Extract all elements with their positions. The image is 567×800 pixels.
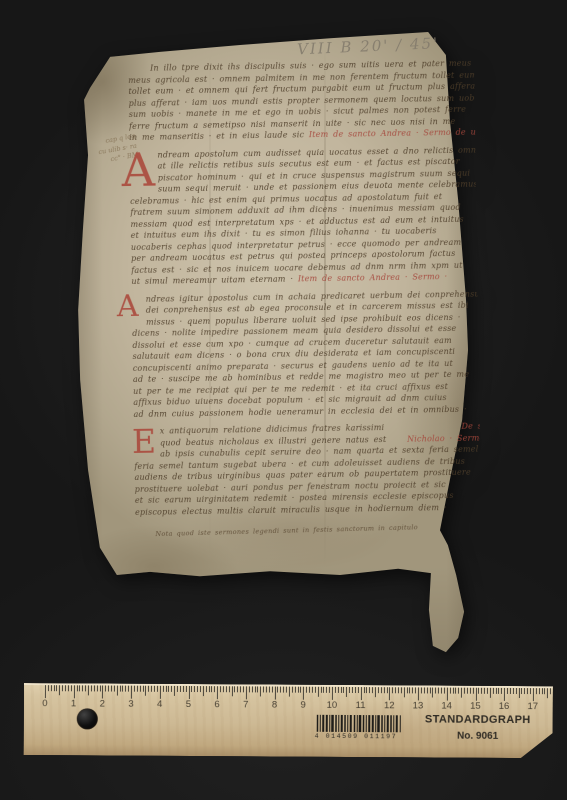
ruler-mm-tick <box>490 688 491 698</box>
ruler-mm-tick <box>211 686 212 692</box>
barcode: 4 014509 011197 <box>315 715 403 741</box>
ruler-mm-tick <box>71 685 72 691</box>
rubric-text: De sco <box>461 421 479 433</box>
ruler-number: 4 <box>157 699 162 710</box>
ruler-mm-tick <box>346 687 347 697</box>
ruler-mm-tick <box>421 687 422 693</box>
ruler-mm-tick <box>343 687 344 693</box>
ruler-cm-tick <box>475 688 476 701</box>
manuscript-paragraph: Andreas igitur apostolus cum in achaia p… <box>132 288 480 420</box>
ruler-cm-tick <box>274 687 275 700</box>
ruler-number: 10 <box>327 700 338 711</box>
ruler-mm-tick <box>464 688 465 694</box>
ruler-mm-tick <box>507 688 508 694</box>
ruler-cm-tick <box>45 685 46 698</box>
ruler-mm-tick <box>444 688 445 694</box>
ruler-cm-tick <box>217 686 218 699</box>
ruler-mm-tick <box>521 688 522 694</box>
ruler-mm-tick <box>206 686 207 692</box>
ruler-mm-tick <box>384 687 385 693</box>
ruler-mm-tick <box>122 686 123 692</box>
ruler-mm-tick <box>320 687 321 693</box>
ruler-mm-tick <box>524 688 525 694</box>
ruler-mm-tick <box>407 687 408 693</box>
ruler-mm-tick <box>496 688 497 694</box>
ruler-mm-tick <box>378 687 379 693</box>
ruler-cm-tick <box>504 688 505 701</box>
ruler-mm-tick <box>409 687 410 693</box>
ruler-mm-tick <box>200 686 201 692</box>
ruler-mm-tick <box>300 687 301 693</box>
ruler-cm-tick <box>160 686 161 699</box>
ruler-mm-tick <box>392 687 393 693</box>
ruler-mm-tick <box>513 688 514 694</box>
ruler-mm-tick <box>424 687 425 693</box>
ruler-mm-tick <box>91 685 92 691</box>
ruler-cm-tick <box>447 688 448 701</box>
ruler-number: 12 <box>384 700 395 711</box>
ruler-mm-tick <box>177 686 178 692</box>
ruler-mm-tick <box>455 688 456 694</box>
ruler-mm-tick <box>137 686 138 692</box>
ruler-mm-tick <box>375 687 376 697</box>
ruler-mm-tick <box>432 687 433 697</box>
ruler-mm-tick <box>516 688 517 694</box>
ruler-number: 16 <box>499 701 510 712</box>
ruler-cm-tick <box>246 686 247 699</box>
ruler-mm-tick <box>54 685 55 691</box>
barcode-digits: 4 014509 011197 <box>315 733 403 741</box>
ruler-mm-tick <box>269 686 270 692</box>
ruler-mm-tick <box>194 686 195 692</box>
ruler-mm-tick <box>254 686 255 692</box>
ruler-mm-tick <box>297 687 298 693</box>
ruler-mm-tick <box>220 686 221 692</box>
ruler-mm-tick <box>174 686 175 696</box>
ruler-mm-tick <box>51 685 52 691</box>
ruler-mm-tick <box>48 685 49 691</box>
ruler-mm-tick <box>226 686 227 692</box>
ruler-mm-tick <box>229 686 230 692</box>
ruler-cm-tick <box>533 688 534 701</box>
ruler-mm-tick <box>114 686 115 692</box>
ruler-mm-tick <box>289 687 290 697</box>
ruler-mm-tick <box>168 686 169 692</box>
ruler-mm-tick <box>154 686 155 692</box>
ruler-mm-tick <box>478 688 479 694</box>
ruler-mm-tick <box>349 687 350 693</box>
ruler-mm-tick <box>381 687 382 693</box>
ruler-brand-label: STANDARDGRAPH <box>418 713 538 726</box>
ruler-mm-tick <box>487 688 488 694</box>
ruler-number: 2 <box>100 698 105 709</box>
ruler-mm-tick <box>398 687 399 693</box>
ruler-mm-tick <box>404 687 405 697</box>
ruler-mm-tick <box>435 688 436 694</box>
ruler-mm-tick <box>438 688 439 694</box>
ruler-mm-tick <box>97 685 98 691</box>
ruler-mm-tick <box>481 688 482 694</box>
ruler-mm-tick <box>82 685 83 691</box>
ruler-mm-tick <box>544 688 545 694</box>
rubric-initial: A <box>121 146 155 193</box>
ruler-mm-tick <box>214 686 215 692</box>
ruler-number: 1 <box>71 698 76 709</box>
ruler-mm-tick <box>94 685 95 691</box>
ruler-mm-tick <box>65 685 66 691</box>
ruler-mm-tick <box>427 687 428 693</box>
ruler-mm-tick <box>163 686 164 692</box>
ruler-mm-tick <box>243 686 244 692</box>
ruler-mm-tick <box>260 686 261 696</box>
ruler-number: 15 <box>470 701 481 712</box>
ruler-mm-tick <box>79 685 80 691</box>
ruler-mm-tick <box>547 688 548 698</box>
ruler-mm-tick <box>312 687 313 693</box>
ruler-cm-tick <box>332 687 333 700</box>
ruler-mm-tick <box>329 687 330 693</box>
manuscript-paragraph: Ex antiquorum relatione didicimus fratre… <box>134 421 481 518</box>
ruler-mm-tick <box>352 687 353 693</box>
text-area: cap q legcu ulib s· racc° · BM In illo t… <box>128 58 481 524</box>
ruler-cm-tick <box>303 687 304 700</box>
ruler-mm-tick <box>59 685 60 695</box>
ruler-mm-tick <box>335 687 336 693</box>
ruler-mm-tick <box>470 688 471 694</box>
ruler-mm-tick <box>501 688 502 694</box>
ruler-mm-tick <box>372 687 373 693</box>
ruler-mm-tick <box>484 688 485 694</box>
ruler-number: 5 <box>186 699 191 710</box>
ruler-mm-tick <box>223 686 224 692</box>
ruler-mm-tick <box>539 688 540 694</box>
ruler-mm-tick <box>366 687 367 693</box>
ruler-mm-tick <box>518 688 519 698</box>
ruler-mm-tick <box>510 688 511 694</box>
ruler-mm-tick <box>203 686 204 696</box>
ruler-mm-tick <box>326 687 327 693</box>
ruler-mm-tick <box>249 686 250 692</box>
ruler-mm-tick <box>197 686 198 692</box>
ruler-mm-tick <box>473 688 474 694</box>
ruler-mm-tick <box>99 685 100 691</box>
ruler-mm-tick <box>171 686 172 692</box>
ruler-mm-tick <box>88 685 89 695</box>
ruler-mm-tick <box>157 686 158 692</box>
ruler-mm-tick <box>441 688 442 694</box>
ruler-mm-tick <box>85 685 86 691</box>
ruler-mm-tick <box>338 687 339 693</box>
ruler-mm-tick <box>369 687 370 693</box>
manuscript-line-text: ut simul mereamur uitam eternam · <box>131 274 293 286</box>
ruler-mm-tick <box>105 685 106 691</box>
ruler-mm-tick <box>108 686 109 692</box>
ruler-mm-tick <box>323 687 324 693</box>
ruler-cm-tick <box>361 687 362 700</box>
manuscript-line-text: in me manseritis · et in eius laude sic <box>129 130 304 142</box>
ruler-mm-tick <box>77 685 78 691</box>
ruler-mm-tick <box>263 686 264 692</box>
ruler-number: 9 <box>300 700 305 711</box>
ruler-mm-tick <box>430 687 431 693</box>
ruler-mm-tick <box>234 686 235 692</box>
ruler-mm-tick <box>240 686 241 692</box>
ruler-mm-tick <box>536 688 537 694</box>
ruler-hole <box>77 708 98 729</box>
ruler-mm-tick <box>117 686 118 696</box>
ruler-number: 11 <box>356 700 366 711</box>
ruler-mm-tick <box>62 685 63 691</box>
ruler-mm-tick <box>530 688 531 694</box>
barcode-bars <box>317 715 401 733</box>
rubric-initial: A <box>117 291 139 321</box>
ruler-mm-tick <box>56 685 57 691</box>
manuscript-paragraph: Andream apostolum cum audisset quia uoca… <box>129 144 477 287</box>
ruler-mm-tick <box>180 686 181 692</box>
ruler-number: 3 <box>128 699 133 710</box>
ruler-mm-tick <box>295 687 296 693</box>
ruler-mm-tick <box>450 688 451 694</box>
ruler-mm-tick <box>286 687 287 693</box>
ruler-mm-tick <box>412 687 413 693</box>
ruler: 4 014509 011197 STANDARDGRAPH No. 9061 0… <box>24 683 553 758</box>
ruler-cm-tick <box>131 686 132 699</box>
ruler-number: 17 <box>527 701 538 712</box>
ruler-mm-tick <box>401 687 402 693</box>
ruler-mm-tick <box>209 686 210 692</box>
ruler-mm-tick <box>467 688 468 694</box>
ruler-mm-tick <box>309 687 310 693</box>
ruler-number: 6 <box>214 699 219 710</box>
ruler-mm-tick <box>148 686 149 692</box>
ruler-number: 0 <box>42 698 47 709</box>
ruler-mm-tick <box>165 686 166 692</box>
ruler-number: 7 <box>243 699 248 710</box>
ruler-mm-tick <box>277 687 278 693</box>
rubric-text: Item de sancto Andrea · Sermo · <box>293 272 447 283</box>
ruler-mm-tick <box>252 686 253 692</box>
ruler-number: 13 <box>413 700 424 711</box>
ruler-mm-tick <box>493 688 494 694</box>
ruler-mm-tick <box>355 687 356 693</box>
manuscript-paragraph: In illo tpre dixit ihs discipulis suis ·… <box>128 58 475 144</box>
ruler-mm-tick <box>498 688 499 694</box>
ruler-mm-tick <box>111 686 112 692</box>
ruler-mm-tick <box>283 687 284 693</box>
ruler-mm-tick <box>140 686 141 692</box>
ruler-mm-tick <box>341 687 342 693</box>
ruler-number: 14 <box>441 701 452 712</box>
ruler-mm-tick <box>452 688 453 694</box>
manuscript-leaf: VIII B 20' / 45' cap q legcu ulib s· rac… <box>75 32 470 654</box>
ruler-mm-tick <box>527 688 528 694</box>
ruler-mm-tick <box>550 688 551 694</box>
ruler-mm-tick <box>186 686 187 692</box>
rubric-initial: E <box>132 425 157 458</box>
ruler-mm-tick <box>120 686 121 692</box>
ruler-mm-tick <box>231 686 232 696</box>
ruler-cm-tick <box>74 685 75 698</box>
ruler-mm-tick <box>386 687 387 693</box>
photo-backdrop: VIII B 20' / 45' cap q legcu ulib s· rac… <box>0 0 567 800</box>
ruler-model-number: No. 9061 <box>418 730 538 742</box>
rubric-text: Item de sancto Andrea · Sermo de uigilia… <box>304 127 475 139</box>
ruler-mm-tick <box>143 686 144 692</box>
ruler-mm-tick <box>125 686 126 692</box>
ruler-mm-tick <box>257 686 258 692</box>
ruler-mm-tick <box>364 687 365 693</box>
ruler-cm-tick <box>102 685 103 698</box>
ruler-mm-tick <box>145 686 146 696</box>
ruler-cm-tick <box>188 686 189 699</box>
ruler-mm-tick <box>183 686 184 692</box>
ruler-cm-tick <box>389 687 390 700</box>
ruler-mm-tick <box>280 687 281 693</box>
ruler-mm-tick <box>306 687 307 693</box>
ruler-cm-tick <box>418 687 419 700</box>
ruler-mm-tick <box>68 685 69 691</box>
ruler-mm-tick <box>272 687 273 693</box>
ruler-mm-tick <box>134 686 135 692</box>
ruler-mm-tick <box>318 687 319 697</box>
ruler-mm-tick <box>191 686 192 692</box>
ruler-mm-tick <box>315 687 316 693</box>
ruler-mm-tick <box>458 688 459 694</box>
ruler-mm-tick <box>128 686 129 692</box>
ruler-mm-tick <box>358 687 359 693</box>
ruler-mm-tick <box>541 688 542 694</box>
ruler-mm-tick <box>237 686 238 692</box>
ruler-mm-tick <box>395 687 396 693</box>
ruler-mm-tick <box>415 687 416 693</box>
ruler-mm-tick <box>292 687 293 693</box>
ruler-number: 8 <box>272 700 277 711</box>
ruler-mm-tick <box>151 686 152 692</box>
ruler-mm-tick <box>266 686 267 692</box>
ruler-mm-tick <box>461 688 462 698</box>
